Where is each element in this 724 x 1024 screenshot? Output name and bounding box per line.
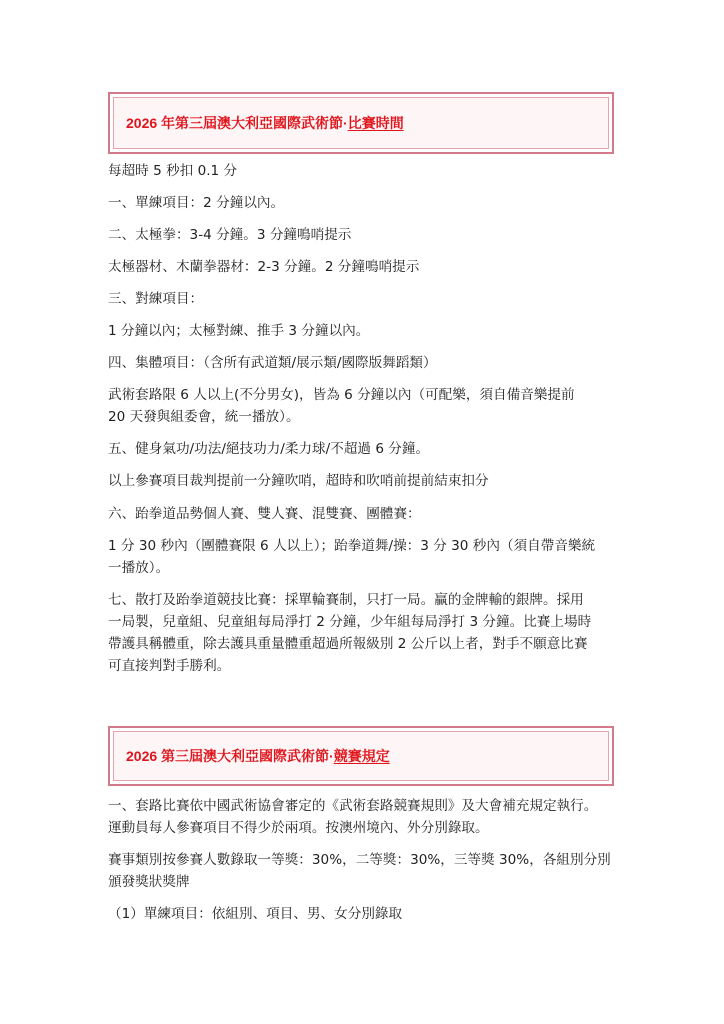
paragraph-solo-selection: （1）單練項目：依組別、項目、男、女分別錄取: [108, 903, 618, 925]
text-line: 四、集體項目：（含所有武道類/展示類/國際版舞蹈類）: [108, 352, 618, 374]
text-line: 20 天發與組委會，統一播放）。: [108, 406, 618, 428]
text-line: 七、散打及跆拳道競技比賽：採單輪賽制，只打一局。贏的金牌輸的銀牌。採用: [108, 589, 618, 611]
text-line: （1）單練項目：依組別、項目、男、女分別錄取: [108, 903, 618, 925]
paragraph-taichi-equipment: 太極器材、木蘭拳器材：2-3 分鐘。2 分鐘鳴哨提示: [108, 256, 618, 278]
section-title-inner: 2026 年第三屆澳大利亞國際武術節·比賽時間: [113, 97, 609, 149]
text-line: 一、單練項目：2 分鐘以內。: [108, 192, 618, 214]
paragraph-awards: 賽事類別按參賽人數錄取一等獎：30%，二等獎：30%，三等獎 30%，各組別分別…: [108, 849, 618, 893]
paragraph-pair-events-heading: 三、對練項目：: [108, 288, 618, 310]
paragraph-pair-events: 1 分鐘以內；太極對練、推手 3 分鐘以內。: [108, 320, 618, 342]
section-title-inner: 2026 第三屆澳大利亞國際武術節·競賽規定: [113, 731, 609, 781]
text-line: 1 分 30 秒內（團體賽限 6 人以上）；跆拳道舞/操：3 分 30 秒內（須…: [108, 535, 618, 557]
title-prefix: 2026 年第三屆澳大利亞國際武術節·: [126, 115, 348, 131]
text-line: 每超時 5 秒扣 0.1 分: [108, 160, 618, 182]
text-line: 五、健身氣功/功法/絕技功力/柔力球/不超過 6 分鐘。: [108, 438, 618, 460]
paragraph-taekwondo-heading: 六、跆拳道品勢個人賽、雙人賽、混雙賽、團體賽：: [108, 503, 618, 525]
section-title-box-rules: 2026 第三屆澳大利亞國際武術節·競賽規定: [108, 726, 614, 786]
text-line: 一局製，兒童組、兒童組每局淨打 2 分鐘，少年組每局淨打 3 分鐘。比賽上場時: [108, 611, 618, 633]
paragraph-routine-rules: 一、套路比賽依中國武術協會審定的《武術套路競賽規則》及大會補充規定執行。 運動員…: [108, 795, 618, 839]
title-prefix: 2026 第三屆澳大利亞國際武術節·: [126, 748, 334, 764]
section-title-rules: 2026 第三屆澳大利亞國際武術節·競賽規定: [126, 746, 390, 766]
text-line: 武術套路限 6 人以上(不分男女)，皆為 6 分鐘以內（可配樂，須自備音樂提前: [108, 384, 618, 406]
title-underlined: 競賽規定: [334, 748, 390, 764]
section-title-box-schedule: 2026 年第三屆澳大利亞國際武術節·比賽時間: [108, 92, 614, 154]
paragraph-overtime-penalty: 每超時 5 秒扣 0.1 分: [108, 160, 618, 182]
text-line: 一播放）。: [108, 557, 618, 579]
text-line: 二、太極拳：3-4 分鐘。3 分鐘鳴哨提示: [108, 224, 618, 246]
text-line: 1 分鐘以內；太極對練、推手 3 分鐘以內。: [108, 320, 618, 342]
text-line: 賽事類別按參賽人數錄取一等獎：30%，二等獎：30%，三等獎 30%，各組別分別: [108, 849, 618, 871]
title-underlined: 比賽時間: [348, 115, 404, 131]
paragraph-group-events: 武術套路限 6 人以上(不分男女)，皆為 6 分鐘以內（可配樂，須自備音樂提前 …: [108, 384, 618, 428]
paragraph-group-events-heading: 四、集體項目：（含所有武道類/展示類/國際版舞蹈類）: [108, 352, 618, 374]
text-line: 帶護具稱體重，除去護具重量體重超過所報級別 2 公斤以上者，對手不願意比賽: [108, 633, 618, 655]
text-line: 頒發獎狀獎牌: [108, 871, 618, 893]
paragraph-referee-whistle: 以上參賽項目裁判提前一分鐘吹哨，超時和吹哨前提前結束扣分: [108, 470, 618, 492]
text-line: 太極器材、木蘭拳器材：2-3 分鐘。2 分鐘鳴哨提示: [108, 256, 618, 278]
text-line: 運動員每人參賽項目不得少於兩項。按澳州境內、外分別錄取。: [108, 817, 618, 839]
section-title-schedule: 2026 年第三屆澳大利亞國際武術節·比賽時間: [126, 113, 404, 133]
text-line: 一、套路比賽依中國武術協會審定的《武術套路競賽規則》及大會補充規定執行。: [108, 795, 618, 817]
paragraph-taekwondo: 1 分 30 秒內（團體賽限 6 人以上）；跆拳道舞/操：3 分 30 秒內（須…: [108, 535, 618, 579]
paragraph-taichi: 二、太極拳：3-4 分鐘。3 分鐘鳴哨提示: [108, 224, 618, 246]
text-line: 六、跆拳道品勢個人賽、雙人賽、混雙賽、團體賽：: [108, 503, 618, 525]
text-line: 可直接判對手勝利。: [108, 655, 618, 677]
text-line: 以上參賽項目裁判提前一分鐘吹哨，超時和吹哨前提前結束扣分: [108, 470, 618, 492]
paragraph-qigong: 五、健身氣功/功法/絕技功力/柔力球/不超過 6 分鐘。: [108, 438, 618, 460]
paragraph-solo-events: 一、單練項目：2 分鐘以內。: [108, 192, 618, 214]
paragraph-sanda: 七、散打及跆拳道競技比賽：採單輪賽制，只打一局。贏的金牌輸的銀牌。採用 一局製，…: [108, 589, 618, 677]
text-line: 三、對練項目：: [108, 288, 618, 310]
document-page: 2026 年第三屆澳大利亞國際武術節·比賽時間 每超時 5 秒扣 0.1 分 一…: [0, 0, 724, 1024]
